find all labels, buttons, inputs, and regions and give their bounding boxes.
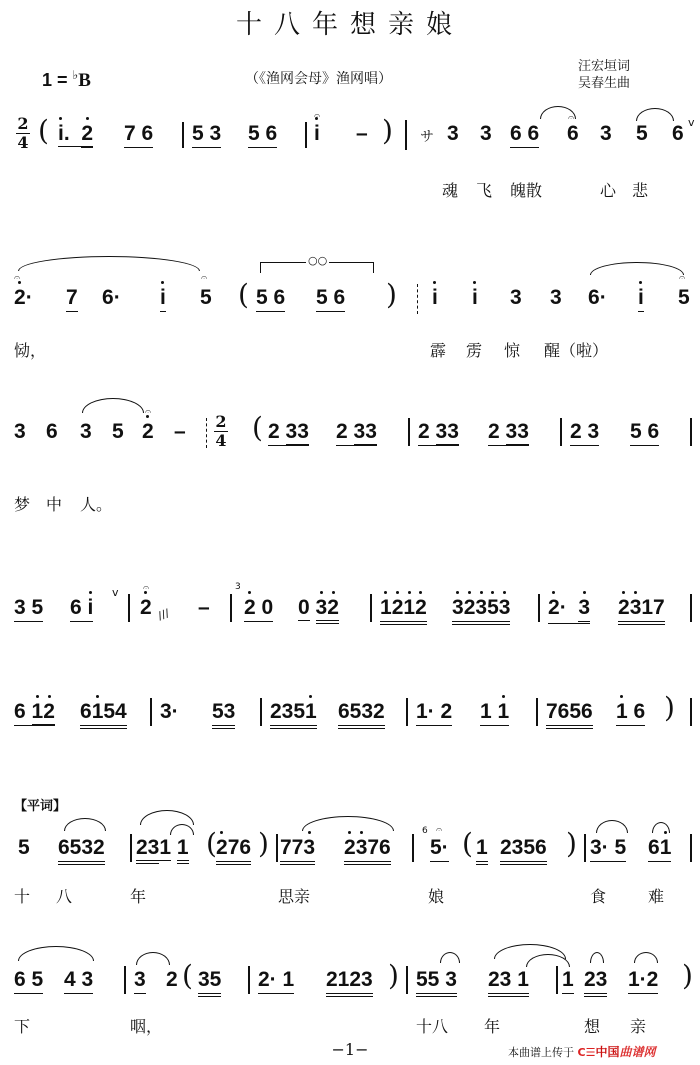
- page-title: 十八年想亲娘: [0, 4, 700, 41]
- lyric: 年: [484, 1014, 500, 1037]
- barline: [260, 698, 262, 726]
- tremolo-mark: ///: [156, 606, 171, 622]
- breath-mark: v: [112, 586, 119, 599]
- lyric: 雳: [466, 338, 482, 361]
- barline: [538, 594, 540, 622]
- note: 7: [66, 286, 78, 312]
- note: 1: [562, 968, 574, 994]
- upload-credit[interactable]: 本曲谱上传于 C☰中国曲谱网: [508, 1043, 655, 1060]
- open-paren: (: [238, 281, 249, 309]
- close-paren: ): [386, 281, 397, 309]
- barline: [276, 834, 278, 862]
- note-group: i. 2: [58, 122, 93, 148]
- note-group: 1· 2: [416, 700, 452, 726]
- slur: [590, 262, 684, 275]
- harmonic-mark: ○○: [306, 254, 329, 267]
- note: 6·: [102, 286, 121, 310]
- note-group: 1212: [380, 596, 427, 625]
- lyric: 思亲: [278, 884, 310, 907]
- note: 3: [80, 420, 92, 444]
- barline: [556, 966, 558, 994]
- note-group: 4 3: [64, 968, 93, 994]
- slur: [136, 952, 170, 965]
- note-group: 35: [198, 968, 221, 997]
- note: 2: [142, 420, 154, 444]
- close-paren: ): [382, 117, 393, 145]
- note: 3·: [160, 700, 179, 724]
- lyric: 人。: [80, 492, 112, 515]
- note: 6: [46, 420, 58, 444]
- rest-dash: –: [356, 122, 368, 146]
- breath-mark: v: [688, 116, 695, 129]
- lyric: 心: [600, 178, 616, 201]
- note-group: 6532: [58, 836, 105, 865]
- slur: [590, 952, 604, 963]
- barline: [584, 834, 586, 862]
- note-group: 2317: [618, 596, 665, 625]
- staff-row-5: 6 12 6154 3· 53 2351 6532 1· 2 1 1 7656 …: [0, 680, 700, 740]
- barline: [130, 834, 132, 862]
- barline: [560, 418, 562, 446]
- note-group: 6532: [338, 700, 385, 729]
- note: 2: [140, 596, 152, 620]
- slur: [634, 952, 658, 963]
- dashed-barline: [206, 418, 207, 448]
- subtitle: （《渔网会母》渔网唱）: [245, 68, 392, 88]
- note: 5: [18, 836, 30, 860]
- slur: [18, 256, 200, 271]
- note-group: 276: [216, 836, 251, 865]
- time-signature: 24: [16, 116, 30, 151]
- staff-row-6: 5 6532 231 1 ( 276 ) 773 2376 6 𝄐 5· ( 1…: [0, 800, 700, 860]
- note-group: 55 3: [416, 968, 457, 997]
- note-group: 7 6: [124, 122, 153, 148]
- lyric: 飞: [476, 178, 492, 201]
- lyric: 惊: [504, 338, 520, 361]
- note: 3: [447, 122, 459, 146]
- barline: [412, 834, 414, 862]
- note-group: 1 6: [616, 700, 645, 726]
- barline: [124, 966, 126, 994]
- note-group: 23 1: [488, 968, 529, 997]
- staff-row-2: 𝄐 2· 7 6· i 𝄐 5 ( ○○ 5 6 5 6 ) i i 3 3 6…: [0, 250, 700, 310]
- slur: [18, 946, 94, 961]
- note-group: 3· 5: [590, 836, 626, 862]
- note-group: 2 3: [570, 420, 599, 446]
- note: 5: [636, 122, 648, 146]
- note-group: 2 33: [268, 420, 309, 446]
- note-group: 5 6: [316, 286, 345, 312]
- barline: [248, 966, 250, 994]
- close-paren: ): [258, 830, 269, 858]
- slur: [170, 824, 194, 835]
- note-group: 1 1: [480, 700, 509, 726]
- barline: [408, 418, 410, 446]
- barline: [690, 594, 692, 622]
- note-group: 6 12: [14, 700, 55, 726]
- lyric: 醒（啦）: [544, 338, 608, 361]
- fermata-icon: 𝄐: [201, 272, 207, 283]
- note-group: 773: [280, 836, 315, 865]
- staff-row-4: 3 5 6 i v 𝄐 2 /// – 3 2 0 0 32 1212 3235…: [0, 570, 700, 630]
- note: 5: [200, 286, 212, 310]
- note: 2: [166, 968, 178, 992]
- note-group: 2 33: [418, 420, 459, 446]
- slur: [636, 108, 674, 121]
- note-group: 6154: [80, 700, 127, 729]
- rest-dash: –: [174, 420, 186, 444]
- note: 2·: [14, 286, 33, 310]
- note-group: 5 6: [630, 420, 659, 446]
- slur: [652, 822, 670, 833]
- staff-row-7: 6 5 4 3 3 2 ( 35 2· 1 2123 ) 55 3 23 1 1…: [0, 940, 700, 1000]
- note: 5·: [430, 836, 449, 862]
- brand-name-a: 中国: [595, 1045, 619, 1059]
- open-paren: (: [252, 414, 263, 442]
- lyric: 食: [590, 884, 606, 907]
- note: 3: [480, 122, 492, 146]
- barline: [305, 122, 307, 148]
- open-paren: (: [182, 962, 193, 990]
- close-paren: ): [388, 962, 399, 990]
- note-group: 2356: [500, 836, 547, 865]
- fermata-icon: 𝄐: [436, 824, 442, 835]
- note-group: 5 6: [248, 122, 277, 148]
- staff-row-3: 3 6 3 5 𝄐 2 – 24 ( 2 33 2 33 2 33 2 33 2…: [0, 400, 700, 460]
- note-group: 2351: [270, 700, 317, 729]
- note: i: [432, 286, 438, 310]
- barline: [536, 698, 538, 726]
- note-group: 2 0: [244, 596, 273, 622]
- dashed-barline: [417, 284, 418, 314]
- upload-text: 本曲谱上传于: [508, 1046, 574, 1059]
- free-meter-sign: サ: [420, 124, 434, 148]
- note: i: [638, 286, 644, 312]
- barline: [690, 418, 692, 446]
- key-label: 1 =: [42, 70, 68, 90]
- note: 3: [550, 286, 562, 310]
- note: 5: [112, 420, 124, 444]
- note-group: 61: [648, 836, 671, 862]
- lyric: 娘: [428, 884, 444, 907]
- lyricist: 汪宏垣词: [578, 58, 630, 75]
- lyric: 下: [14, 1014, 30, 1037]
- lyric: 八: [56, 884, 72, 907]
- barline: [405, 120, 407, 150]
- composer: 吴春生曲: [578, 75, 630, 92]
- slur: [302, 816, 394, 831]
- lyric: 梦: [14, 492, 30, 515]
- lyric: 十: [14, 884, 30, 907]
- barline: [230, 594, 232, 622]
- note-group: 2376: [344, 836, 391, 865]
- note-group: 5 3: [192, 122, 221, 148]
- note: i: [314, 122, 320, 146]
- lyric: 年: [130, 884, 146, 907]
- lyric: 魂: [442, 178, 458, 201]
- barline: [406, 698, 408, 726]
- note-group: 2· 1: [258, 968, 294, 994]
- barline: [690, 834, 692, 862]
- open-paren: (: [462, 830, 473, 858]
- close-paren: ): [682, 962, 693, 990]
- lyric: 难: [648, 884, 664, 907]
- note-group: 2123: [326, 968, 373, 997]
- barline: [150, 698, 152, 726]
- fermata-icon: 𝄐: [679, 272, 685, 283]
- note: 1: [476, 836, 488, 865]
- lyric: 恸，: [14, 338, 46, 361]
- grace-note: 6: [422, 826, 428, 836]
- note-group: 6 6: [510, 122, 539, 148]
- note-group: 7656: [546, 700, 593, 729]
- note: 3: [134, 968, 146, 994]
- slur: [596, 820, 628, 833]
- note-group: 32353: [452, 596, 510, 625]
- note: i: [472, 286, 478, 310]
- note-group: 2 33: [336, 420, 377, 446]
- note-group: 2 33: [488, 420, 529, 446]
- note-group: 6 i: [70, 596, 93, 622]
- note-group: 231 1: [136, 836, 189, 860]
- credits: 汪宏垣词 吴春生曲: [578, 58, 630, 92]
- staff-row-1: 24 ( i. 2 7 6 5 3 5 6 𝄐 i – ) サ 3 3 6 6 …: [0, 110, 700, 170]
- note-group: 1·2: [628, 968, 658, 994]
- close-paren: ): [664, 694, 675, 722]
- barline: [406, 966, 408, 994]
- barline: [128, 594, 130, 622]
- note: 6·: [588, 286, 607, 310]
- lyric: 咽，: [130, 1014, 162, 1037]
- note-group: 5 6: [256, 286, 285, 312]
- lyric: 亲: [630, 1014, 646, 1037]
- brand-name-b: 曲谱网: [619, 1045, 655, 1059]
- barline: [182, 122, 184, 148]
- slur: [64, 818, 106, 831]
- lyric: 悲: [632, 178, 648, 201]
- note-group: 6 5: [14, 968, 43, 994]
- site-logo-icon: C☰: [578, 1046, 596, 1059]
- note-group: 0 32: [298, 596, 339, 620]
- note: 3: [600, 122, 612, 146]
- barline: [370, 594, 372, 622]
- lyric: 中: [46, 492, 62, 515]
- note-group: 2· 3: [548, 596, 590, 624]
- close-paren: ): [566, 830, 577, 858]
- grace-note: 3: [235, 582, 241, 592]
- lyric: 想: [584, 1014, 600, 1037]
- note: 5: [678, 286, 690, 310]
- note: i: [160, 286, 166, 312]
- note: 6: [567, 122, 579, 146]
- key-note: B: [78, 70, 91, 91]
- slur: [82, 398, 144, 413]
- note: 3: [14, 420, 26, 444]
- key-signature: 1 = ♭B: [42, 68, 91, 92]
- note-group: 3 5: [14, 596, 43, 622]
- lyric: 霹: [430, 338, 446, 361]
- slur: [140, 810, 194, 825]
- note: 3: [510, 286, 522, 310]
- lyric: 魄散: [510, 178, 542, 201]
- time-signature: 24: [214, 414, 228, 449]
- lyric: 十八: [416, 1014, 448, 1037]
- note: 6: [672, 122, 684, 146]
- open-paren: (: [38, 117, 49, 145]
- barline: [690, 698, 692, 726]
- note-group: 23: [584, 968, 607, 997]
- note-group: 53: [212, 700, 235, 729]
- slur: [440, 952, 460, 963]
- rest-dash: –: [198, 596, 210, 620]
